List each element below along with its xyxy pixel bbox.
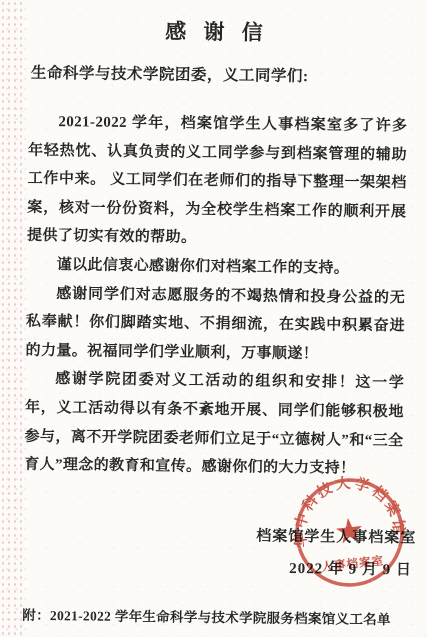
stamp-room-text: 人事档案室 <box>321 553 385 574</box>
letter-body: 2021-2022 学年，档案馆学生人事档案室多了许多年轻热忱、认真负责的义工同… <box>24 108 408 484</box>
salutation: 生命科学与技术学院团委，义工同学们: <box>31 61 309 86</box>
star-icon: ★ <box>332 511 367 552</box>
scanned-letter-page: 感 谢 信 生命科学与技术学院团委，义工同学们: 2021-2022 学年，档案… <box>0 0 427 637</box>
paragraph-1: 2021-2022 学年，档案馆学生人事档案室多了许多年轻热忱、认真负责的义工同… <box>27 108 408 256</box>
paragraph-2: 谨以此信衷心感谢你们对档案工作的支持。 <box>26 251 405 284</box>
paragraph-3: 感谢同学们对志愿服务的不竭热情和投身公益的无私奉献！你们脚踏实地、不捐细流，在实… <box>25 279 405 369</box>
paragraph-4: 感谢学院团委对义工活动的组织和安排！这一学年，义工活动得以有条不紊地开展、同学们… <box>24 365 404 484</box>
letter-title: 感 谢 信 <box>3 13 427 48</box>
attachment-note: 附：2021-2022 学年生命科学与技术学院服务档案馆义工名单 <box>22 604 391 629</box>
official-stamp: 华中科技大学档案馆 ★ 人事档案室 <box>283 466 416 599</box>
